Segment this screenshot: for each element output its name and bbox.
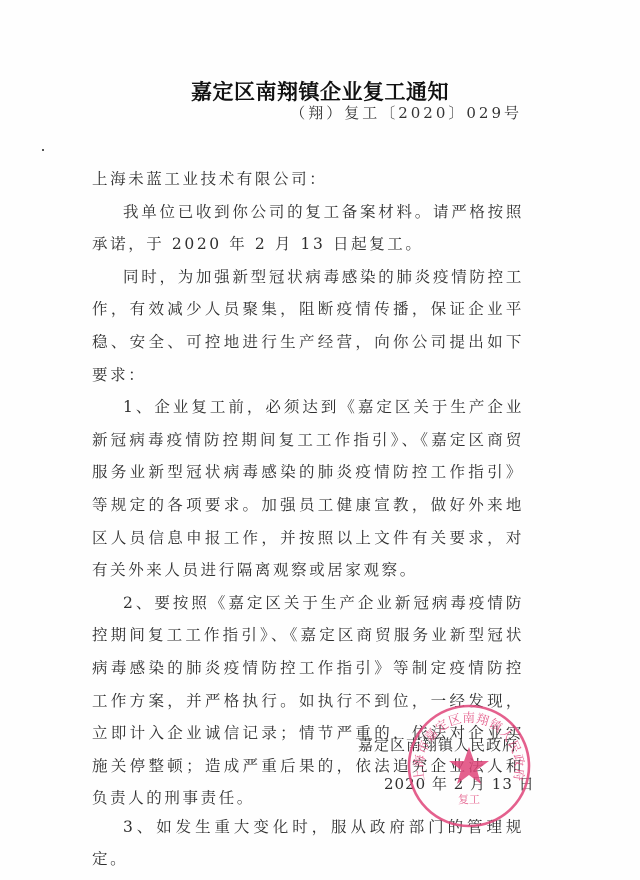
signature: 嘉定区南翔镇人民政府	[358, 734, 518, 755]
requirement-1: 1、企业复工前，必须达到《嘉定区关于生产企业新冠病毒疫情防控期间复工工作指引》、…	[92, 391, 524, 587]
issue-date: 2020 年 2 月 13 日	[384, 773, 535, 794]
addressee: 上海未蓝工业技术有限公司：	[92, 163, 524, 196]
document-page: 嘉定区南翔镇企业复工通知 （翔）复工〔2020〕029号 上海未蓝工业技术有限公…	[0, 0, 640, 880]
scan-speck	[42, 149, 44, 151]
paragraph-2: 同时，为加强新型冠状病毒感染的肺炎疫情防控工作，有效减少人员聚集，阻断疫情传播，…	[92, 261, 524, 391]
document-body: 上海未蓝工业技术有限公司： 我单位已收到你公司的复工备案材料。请严格按照承诺，于…	[92, 163, 524, 876]
document-number: （翔）复工〔2020〕029号	[290, 102, 522, 123]
paragraph-1: 我单位已收到你公司的复工备案材料。请严格按照承诺，于 2020 年 2 月 13…	[92, 196, 524, 261]
requirement-3: 3、如发生重大变化时，服从政府部门的管理规定。	[92, 811, 524, 876]
